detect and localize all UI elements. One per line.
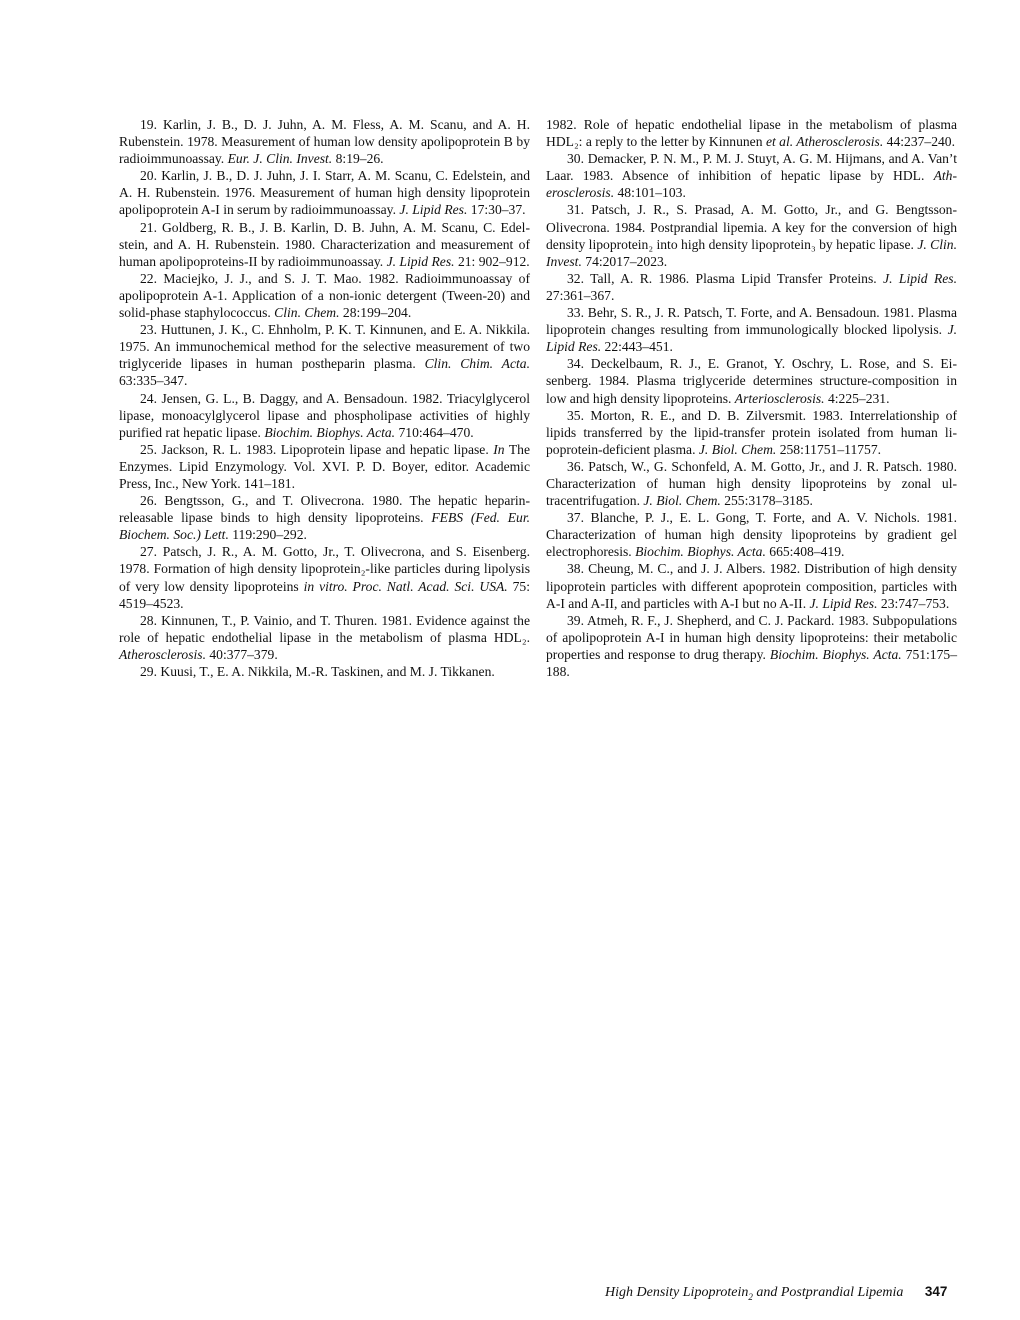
reference-21: 21. Goldberg, R. B., J. B. Karlin, D. B.… xyxy=(119,219,530,270)
reference-29-continued: 1982. Role of hepatic endothelial lipase… xyxy=(546,116,957,150)
page-number: 347 xyxy=(925,1284,948,1299)
reference-35: 35. Morton, R. E., and D. B. Zilversmit.… xyxy=(546,407,957,458)
reference-24: 24. Jensen, G. L., B. Daggy, and A. Bens… xyxy=(119,390,530,441)
references-left-column: 19. Karlin, J. B., D. J. Juhn, A. M. Fle… xyxy=(119,116,530,680)
reference-32: 32. Tall, A. R. 1986. Plasma Lipid Trans… xyxy=(546,270,957,304)
reference-22: 22. Maciejko, J. J., and S. J. T. Mao. 1… xyxy=(119,270,530,321)
reference-36: 36. Patsch, W., G. Schonfeld, A. M. Gott… xyxy=(546,458,957,509)
reference-27: 27. Patsch, J. R., A. M. Gotto, Jr., T. … xyxy=(119,543,530,611)
reference-26: 26. Bengtsson, G., and T. Olivecrona. 19… xyxy=(119,492,530,543)
reference-33: 33. Behr, S. R., J. R. Patsch, T. Forte,… xyxy=(546,304,957,355)
footer-title: High Density Lipoprotein2 and Postprandi… xyxy=(605,1285,903,1300)
reference-31: 31. Patsch, J. R., S. Prasad, A. M. Gott… xyxy=(546,201,957,269)
reference-34: 34. Deckelbaum, R. J., E. Granot, Y. Osc… xyxy=(546,355,957,406)
running-footer: High Density Lipoprotein2 and Postprandi… xyxy=(605,1284,947,1302)
reference-19: 19. Karlin, J. B., D. J. Juhn, A. M. Fle… xyxy=(119,116,530,167)
reference-23: 23. Huttunen, J. K., C. Ehnholm, P. K. T… xyxy=(119,321,530,389)
reference-38: 38. Cheung, M. C., and J. J. Albers. 198… xyxy=(546,560,957,611)
reference-30: 30. Demacker, P. N. M., P. M. J. Stuyt, … xyxy=(546,150,957,201)
reference-20: 20. Karlin, J. B., D. J. Juhn, J. I. Sta… xyxy=(119,167,530,218)
reference-37: 37. Blanche, P. J., E. L. Gong, T. Forte… xyxy=(546,509,957,560)
reference-25: 25. Jackson, R. L. 1983. Lipoprotein lip… xyxy=(119,441,530,492)
reference-29: 29. Kuusi, T., E. A. Nikkila, M.-R. Task… xyxy=(119,663,530,680)
references-right-column: 1982. Role of hepatic endothelial lipase… xyxy=(546,116,957,680)
reference-28: 28. Kinnunen, T., P. Vainio, and T. Thur… xyxy=(119,612,530,663)
reference-39: 39. Atmeh, R. F., J. Shepherd, and C. J.… xyxy=(546,612,957,680)
